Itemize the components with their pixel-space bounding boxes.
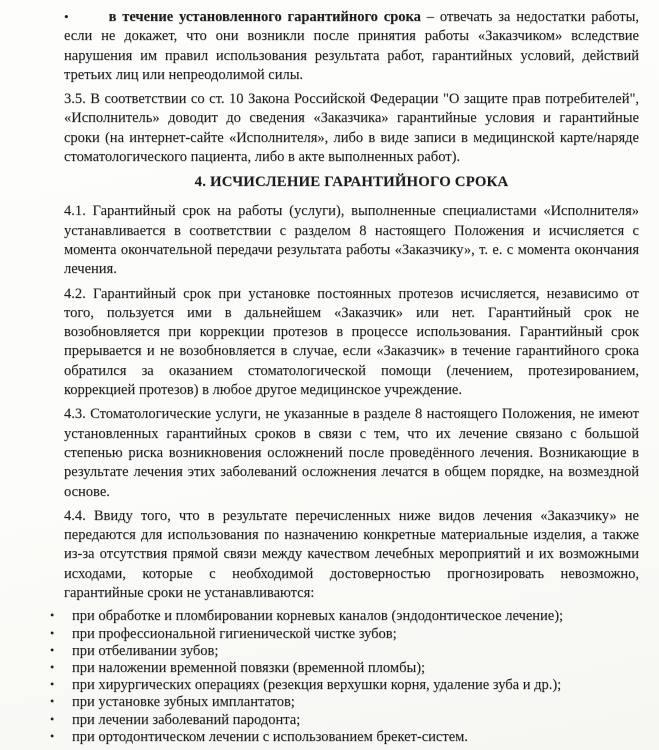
- list-item-text: при отбеливании зубов;: [72, 643, 218, 659]
- list-item: •при ортодонтическом лечении с использов…: [64, 729, 639, 746]
- contractor-obligation-paragraph: •в течение установленного гарантийного с…: [64, 7, 639, 85]
- bullet-icon: •: [50, 676, 54, 693]
- list-item: •при обработке и пломбировании корневых …: [64, 608, 639, 625]
- paragraph-4-2: 4.2. Гарантийный срок при установке пост…: [64, 285, 639, 401]
- list-item: •при установке зубных имплантатов;: [64, 694, 639, 711]
- bullet-icon: •: [50, 607, 54, 624]
- bullet-icon: •: [50, 625, 54, 642]
- list-item-text: при установке зубных имплантатов;: [72, 694, 295, 710]
- list-item: •при наложении временной повязки (времен…: [64, 660, 639, 677]
- list-item-text: при обработке и пломбировании корневых к…: [72, 608, 563, 624]
- bullet-icon: •: [50, 659, 54, 676]
- bullet-icon: •: [64, 9, 69, 24]
- list-item: •при хирургических операциях (резекция в…: [64, 677, 639, 694]
- obligation-bold-phrase: в течение установленного гарантийного ср…: [109, 9, 421, 25]
- list-item-text: при профессиональной гигиенической чистк…: [72, 626, 397, 642]
- paragraph-4-4: 4.4. Ввиду того, что в результате перечи…: [64, 507, 639, 603]
- no-warranty-list: •при обработке и пломбировании корневых …: [64, 608, 639, 746]
- list-item-text: при наложении временной повязки (временн…: [72, 660, 425, 676]
- bullet-icon: •: [50, 642, 54, 659]
- list-item-text: при ортодонтическом лечении с использова…: [72, 729, 468, 745]
- bullet-icon: •: [50, 728, 54, 745]
- list-item-text: при лечении заболеваний пародонта;: [72, 712, 300, 728]
- paragraph-4-1: 4.1. Гарантийный срок на работы (услуги)…: [64, 202, 639, 279]
- section-heading: 4. ИСЧИСЛЕНИЕ ГАРАНТИЙНОГО СРОКА: [64, 172, 639, 192]
- bullet-icon: •: [50, 693, 54, 710]
- paragraph-4-3: 4.3. Стоматологические услуги, не указан…: [64, 405, 639, 501]
- document-page: •в течение установленного гарантийного с…: [0, 0, 659, 750]
- bullet-icon: •: [50, 711, 54, 728]
- list-item: •при профессиональной гигиенической чист…: [64, 626, 639, 643]
- list-item-text: при хирургических операциях (резекция ве…: [72, 677, 561, 693]
- list-item: •при отбеливании зубов;: [64, 643, 639, 660]
- paragraph-3-5: 3.5. В соответствии со ст. 10 Закона Рос…: [64, 90, 639, 167]
- list-item: •при лечении заболеваний пародонта;: [64, 712, 639, 729]
